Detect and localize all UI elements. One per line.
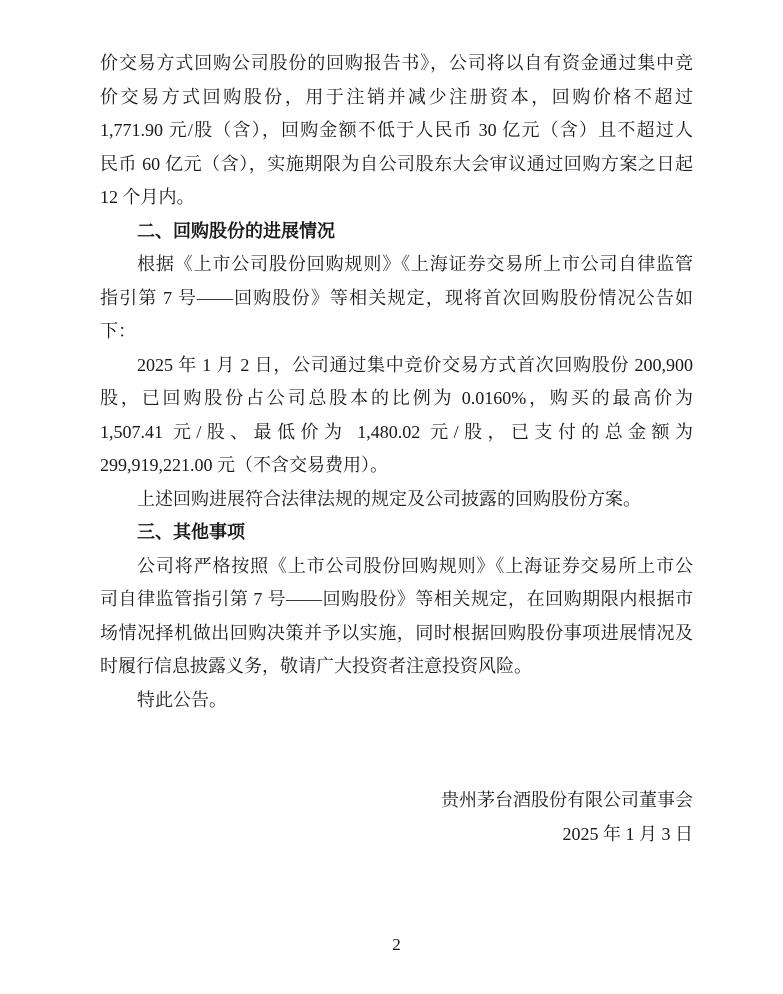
section-heading: 三、其他事项 — [100, 516, 693, 550]
document-page: 价交易方式回购公司股份的回购报告书》，公司将以自有资金通过集中竞价交易方式回购股… — [0, 0, 783, 994]
text-line: 司自律监管指引第 7 号——回购股份》等相关规定，在回购期限内根据市 — [100, 583, 693, 617]
text-line: 场情况择机做出回购决策并予以实施，同时根据回购股份事项进展情况及 — [100, 617, 693, 651]
page-number: 2 — [100, 934, 693, 956]
text-line: 上述回购进展符合法律法规的规定及公司披露的回购股份方案。 — [100, 483, 693, 517]
signature-line: 2025 年 1 月 3 日 — [100, 818, 693, 852]
text-line: 根据《上市公司股份回购规则》《上海证券交易所上市公司自律监管 — [100, 248, 693, 282]
text-line: 2025 年 1 月 2 日，公司通过集中竞价交易方式首次回购股份 200,90… — [100, 349, 693, 383]
text-line: 股，已回购股份占公司总股本的比例为 0.0160%，购买的最高价为 — [100, 382, 693, 416]
text-line: 1,771.90 元/股（含），回购金额不低于人民币 30 亿元（含）且不超过人 — [100, 114, 693, 148]
text-line: 1,507.41 元/股、最低价为 1,480.02 元/股，已支付的总金额为 — [100, 416, 693, 450]
text-line: 下： — [100, 315, 693, 349]
document-body: 价交易方式回购公司股份的回购报告书》，公司将以自有资金通过集中竞价交易方式回购股… — [100, 47, 693, 851]
text-line: 指引第 7 号——回购股份》等相关规定，现将首次回购股份情况公告如 — [100, 282, 693, 316]
blank-line — [100, 717, 693, 751]
text-line: 特此公告。 — [100, 684, 693, 718]
text-line: 时履行信息披露义务，敬请广大投资者注意投资风险。 — [100, 650, 693, 684]
signature-line: 贵州茅台酒股份有限公司董事会 — [100, 784, 693, 818]
text-line: 12 个月内。 — [100, 181, 693, 215]
blank-line — [100, 751, 693, 785]
text-line: 民币 60 亿元（含），实施期限为自公司股东大会审议通过回购方案之日起 — [100, 148, 693, 182]
text-line: 价交易方式回购股份，用于注销并减少注册资本，回购价格不超过 — [100, 81, 693, 115]
section-heading: 二、回购股份的进展情况 — [100, 215, 693, 249]
text-line: 价交易方式回购公司股份的回购报告书》，公司将以自有资金通过集中竞 — [100, 47, 693, 81]
text-line: 299,919,221.00 元（不含交易费用）。 — [100, 449, 693, 483]
text-line: 公司将严格按照《上市公司股份回购规则》《上海证券交易所上市公 — [100, 550, 693, 584]
